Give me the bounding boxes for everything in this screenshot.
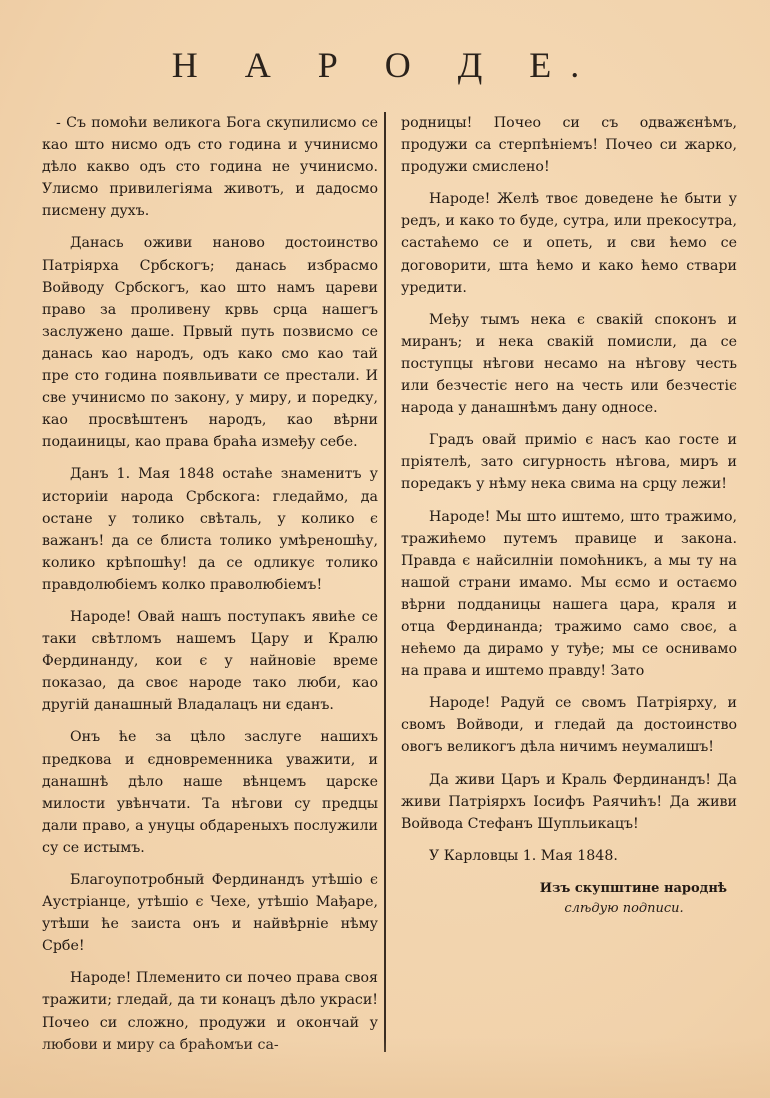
paragraph: - Съ помоћи великога Бога скупилисмо се … [42, 112, 378, 222]
page-title: Н А Р О Д Е. [0, 44, 770, 86]
paragraph: Благоупотробный Фердинандъ утѣшіо є Ауст… [42, 869, 378, 957]
paragraph: Народе! Желѣ твоє доведене ће быти у ред… [401, 188, 737, 298]
right-column: родницы! Почео си съ одважєнѣмъ, продужи… [401, 112, 737, 919]
column-divider [384, 112, 386, 1052]
paragraph: Онъ ће за цѣло заслуге нашихъ предкова и… [42, 726, 378, 859]
paragraph: Народе! Радуй се свомъ Патріярху, и свом… [401, 692, 737, 758]
paragraph: Међу тымъ нека є свакій споконъ и миранъ… [401, 309, 737, 419]
paragraph: Да живи Царъ и Краль Фердинандъ! Да живи… [401, 769, 737, 835]
paragraph: Данась оживи наново достоинство Патріярх… [42, 232, 378, 453]
paragraph: Градъ овай приміо є насъ као госте и прi… [401, 429, 737, 495]
paragraph: Данъ 1. Мая 1848 остаће знаменитъ у исто… [42, 463, 378, 596]
paragraph: Народе! Мы што иштемо, што тражимо, траж… [401, 506, 737, 683]
place-date: У Карловцы 1. Мая 1848. [401, 845, 737, 867]
paragraph: Народе! Овай нашъ поступакъ явиће се так… [42, 606, 378, 716]
left-column: - Съ помоћи великога Бога скупилисмо се … [42, 112, 378, 1066]
signature-line-1: Изъ скупштине народнѣ [401, 879, 727, 899]
paragraph: родницы! Почео си съ одважєнѣмъ, продужи… [401, 112, 737, 178]
signature-block: Изъ скупштине народнѣ слѣдую подписи. [401, 879, 727, 919]
paper-stain [0, 1038, 770, 1098]
signature-line-2: слѣдую подписи. [401, 899, 727, 919]
